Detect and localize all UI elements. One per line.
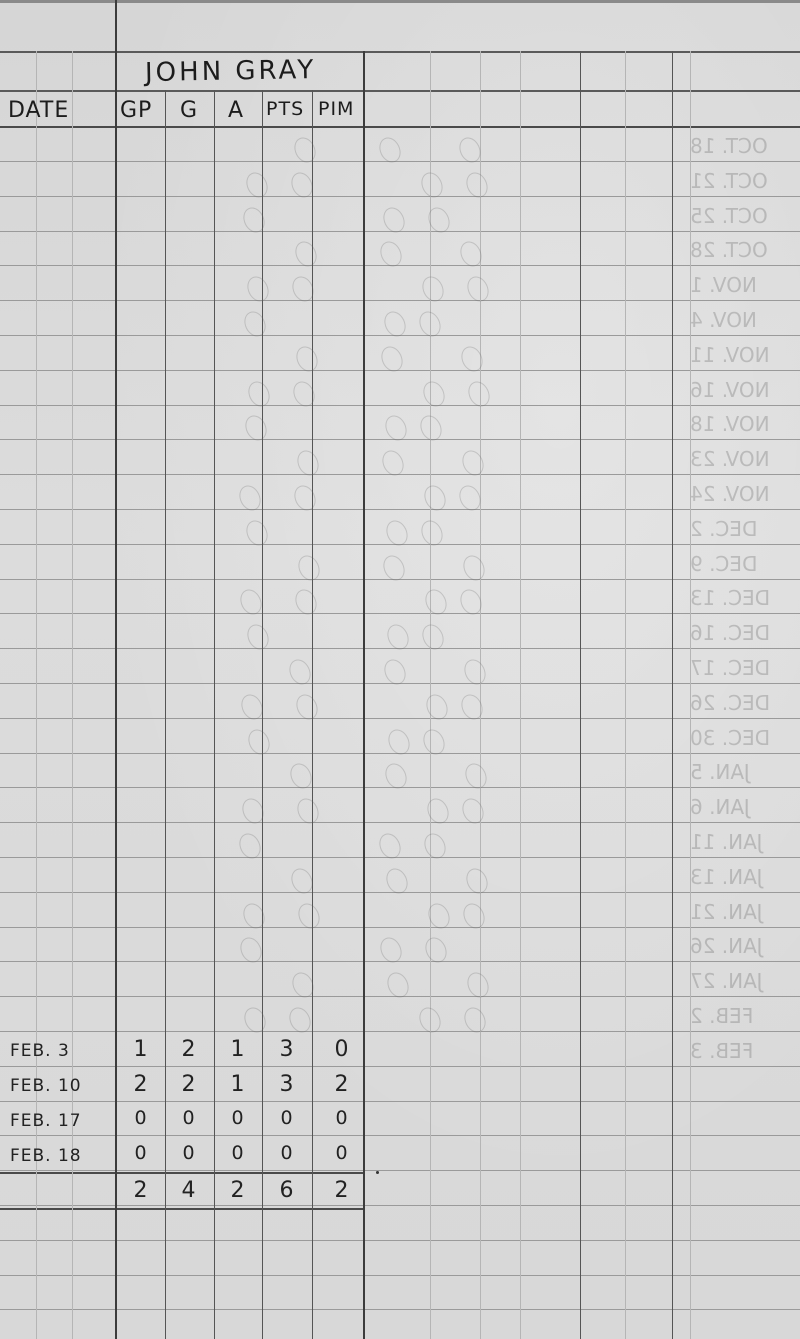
bleed-through-date: DEC. 26 [690,691,770,715]
column-line [115,0,117,1339]
grid-line [0,1309,800,1310]
total-pim: 2 [318,1178,366,1203]
grid-line [0,300,800,301]
grid-line [0,474,800,475]
bleed-through-date: FEB. 2 [690,1004,753,1028]
total-pts: 6 [263,1178,311,1203]
total-a: 2 [214,1178,262,1203]
bleed-through-date: NOV. 4 [690,308,757,332]
bleed-through-date: OCT. 28 [690,238,768,262]
grid-line [0,1170,800,1171]
grid-line [0,126,800,128]
column-header-a: A [228,98,244,123]
column-line [580,51,581,1339]
grid-line [0,1240,800,1241]
grid-line [0,822,800,823]
grid-line [0,196,800,197]
bleed-through-date: JAN. 6 [690,795,750,819]
grid-line [480,51,481,1339]
grid-line [0,961,800,962]
bleed-through-date: JAN. 13 [690,865,762,889]
bleed-through-date: JAN. 21 [690,900,762,924]
row-a: 0 [214,1142,262,1164]
row-g: 0 [165,1142,213,1164]
grid-line [0,613,800,614]
bleed-through-date: JAN. 11 [690,830,762,854]
row-gp: 2 [117,1072,165,1097]
row-a: 1 [214,1037,262,1062]
grid-line [0,1135,800,1136]
grid-line [0,718,800,719]
row-pts: 3 [263,1072,311,1097]
row-pts: 0 [263,1142,311,1164]
grid-line [0,1205,800,1206]
grid-line [520,51,521,1339]
bleed-through-date: JAN. 5 [690,760,750,784]
grid-line [0,405,800,406]
row-g: 0 [165,1107,213,1129]
row-gp: 1 [117,1037,165,1062]
grid-line [0,1172,365,1174]
bleed-through-date: NOV. 11 [690,343,770,367]
row-a: 0 [214,1107,262,1129]
grid-line [0,1066,800,1067]
row-g: 2 [165,1072,213,1097]
bleed-through-date: NOV. 1 [690,273,757,297]
bleed-through-date: DEC. 16 [690,621,770,645]
grid-line [0,51,800,53]
bleed-through-date: NOV. 23 [690,447,770,471]
row-pim: 0 [318,1107,366,1129]
grid-line [0,1208,365,1210]
row-pim: 0 [318,1142,366,1164]
column-header-date: DATE [8,98,69,123]
bleed-through-date: OCT. 21 [690,169,768,193]
row-a: 1 [214,1072,262,1097]
grid-line [0,90,800,92]
ink-dot [376,1171,379,1174]
column-line [672,51,673,1339]
grid-line [0,1275,800,1276]
column-header-pts: PTS [266,98,304,120]
bleed-through-date: DEC. 17 [690,656,770,680]
grid-line [0,265,800,266]
grid-line [0,161,800,162]
grid-line [0,1031,800,1032]
bleed-through-date: NOV. 16 [690,378,770,402]
bleed-through-date: JAN. 27 [690,969,762,993]
row-pim: 0 [318,1037,366,1062]
row-pim: 2 [318,1072,366,1097]
player-name: JOHN GRAY [145,55,317,88]
bleed-through-date: DEC. 30 [690,726,770,750]
bleed-through-date: NOV. 24 [690,482,770,506]
bleed-through-date: OCT. 18 [690,134,768,158]
page-top-edge [0,0,800,3]
bleed-through-date: OCT. 25 [690,204,768,228]
grid-line [0,370,800,371]
ledger-sheet: OCT. 18OCT. 21OCT. 25OCT. 28NOV. 1NOV. 4… [0,0,800,1339]
grid-line [0,509,800,510]
bleed-through-date: DEC. 9 [690,552,757,576]
column-header-pim: PIM [318,98,354,120]
row-pts: 0 [263,1107,311,1129]
grid-line [625,51,626,1339]
column-header-gp: GP [120,98,152,123]
row-date: FEB. 17 [10,1111,82,1131]
row-pts: 3 [263,1037,311,1062]
row-date: FEB. 10 [10,1076,82,1096]
grid-line [0,927,800,928]
bleed-through-date: FEB. 3 [690,1039,753,1063]
bleed-through-date: DEC. 13 [690,586,770,610]
bleed-through-date: JAN. 26 [690,934,762,958]
bleed-through-date: NOV. 18 [690,412,770,436]
total-gp: 2 [117,1178,165,1203]
bleed-through-date: DEC. 2 [690,517,757,541]
total-g: 4 [165,1178,213,1203]
grid-line [0,857,800,858]
row-gp: 0 [117,1142,165,1164]
grid-line [0,1101,800,1102]
row-g: 2 [165,1037,213,1062]
row-date: FEB. 3 [10,1041,70,1061]
row-gp: 0 [117,1107,165,1129]
row-date: FEB. 18 [10,1146,82,1166]
column-header-g: G [180,98,198,123]
